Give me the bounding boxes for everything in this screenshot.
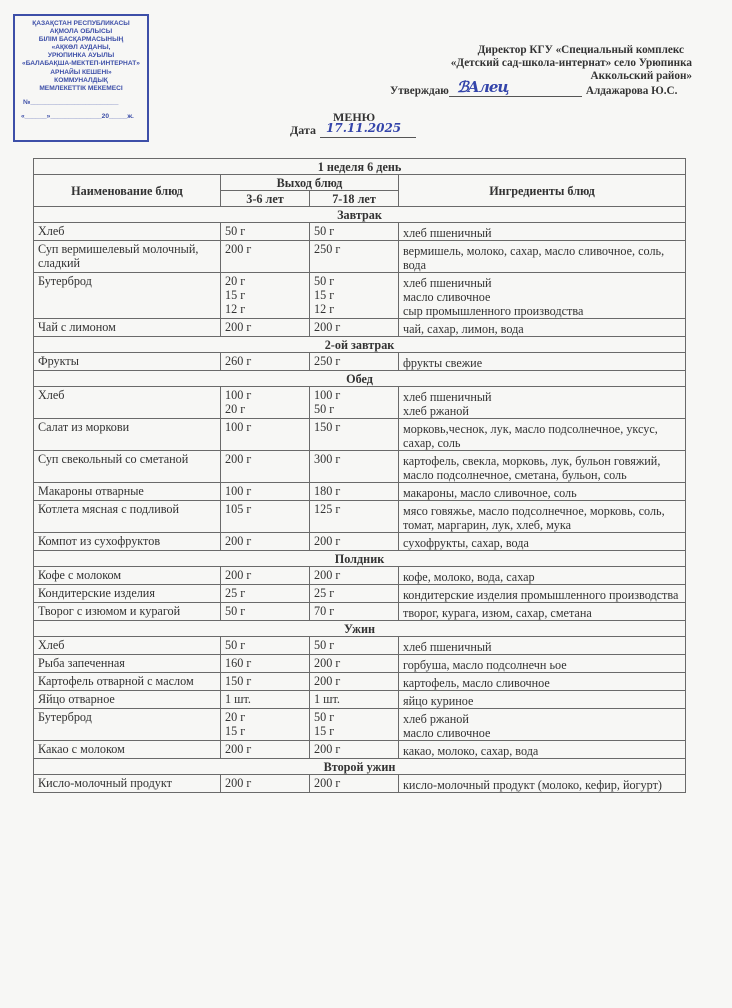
table-row: Картофель отварной с маслом150 г200 гкар… (34, 673, 686, 691)
yield-7-18-line: 25 г (314, 586, 394, 600)
ingredients-line: хлеб пшеничный (403, 226, 681, 240)
period-header: 1 неделя 6 день (34, 159, 686, 175)
yield-3-6: 25 г (221, 585, 310, 603)
yield-3-6: 50 г (221, 603, 310, 621)
stamp-line: АҚМОЛА ОБЛЫСЫ (15, 28, 147, 36)
yield-3-6-line: 150 г (225, 674, 305, 688)
dish-name: Хлеб (34, 637, 221, 655)
yield-3-6-line: 160 г (225, 656, 305, 670)
ingredients-line: картофель, масло сливочное (403, 676, 681, 690)
ingredients: мясо говяжье, масло подсолнечное, морков… (399, 501, 686, 533)
yield-3-6: 260 г (221, 353, 310, 371)
table-row: Макароны отварные100 г180 гмакароны, мас… (34, 483, 686, 501)
yield-3-6-line: 50 г (225, 638, 305, 652)
yield-3-6: 20 г15 г (221, 709, 310, 741)
ingredients: какао, молоко, сахар, вода (399, 741, 686, 759)
yield-3-6: 20 г15 г12 г (221, 273, 310, 319)
ingredients-line: яйцо куриное (403, 694, 681, 708)
yield-7-18-line: 50 г (314, 710, 394, 724)
yield-7-18-line: 50 г (314, 402, 394, 416)
yield-7-18-line: 50 г (314, 638, 394, 652)
yield-7-18-line: 200 г (314, 742, 394, 756)
ingredients-line: кондитерские изделия промышленного произ… (403, 588, 681, 602)
ingredients-line: картофель, свекла, морковь, лук, бульон … (403, 454, 681, 482)
column-header-yield: Выход блюд (221, 175, 399, 191)
date-row: Дата17.11.2025 (290, 123, 416, 138)
yield-7-18: 200 г (310, 741, 399, 759)
table-row: Хлеб50 г50 гхлеб пшеничный (34, 637, 686, 655)
yield-3-6-line: 100 г (225, 420, 305, 434)
dish-name: Хлеб (34, 223, 221, 241)
ingredients: горбуша, масло подсолнечн ьое (399, 655, 686, 673)
yield-3-6-line: 1 шт. (225, 692, 305, 706)
yield-3-6: 150 г (221, 673, 310, 691)
stamp-line: «АҚКӨЛ АУДАНЫ, (15, 44, 147, 52)
official-stamp: ҚАЗАҚСТАН РЕСПУБЛИКАСЫАҚМОЛА ОБЛЫСЫБІЛІМ… (13, 14, 149, 142)
ingredients: хлеб пшеничныймасло сливочноесыр промышл… (399, 273, 686, 319)
table-row: Чай с лимоном200 г200 гчай, сахар, лимон… (34, 319, 686, 337)
yield-3-6: 200 г (221, 775, 310, 793)
dish-name: Суп свекольный со сметаной (34, 451, 221, 483)
ingredients-line: хлеб ржаной (403, 404, 681, 418)
yield-7-18: 100 г50 г (310, 387, 399, 419)
dish-name: Котлета мясная с подливой (34, 501, 221, 533)
table-row: Яйцо отварное1 шт.1 шт.яйцо куриное (34, 691, 686, 709)
yield-7-18: 150 г (310, 419, 399, 451)
yield-7-18-line: 200 г (314, 534, 394, 548)
dish-name: Компот из сухофруктов (34, 533, 221, 551)
yield-3-6-line: 200 г (225, 452, 305, 466)
stamp-line: УРЮПИНКА АУЫЛЫ (15, 52, 147, 60)
yield-7-18: 50 г (310, 223, 399, 241)
yield-7-18-line: 250 г (314, 354, 394, 368)
yield-7-18-line: 15 г (314, 288, 394, 302)
ingredients-line: чай, сахар, лимон, вода (403, 322, 681, 336)
yield-7-18: 200 г (310, 775, 399, 793)
dish-name: Бутерброд (34, 709, 221, 741)
dish-name: Кисло-молочный продукт (34, 775, 221, 793)
section-row: Ужин (34, 621, 686, 637)
section-row: Обед (34, 371, 686, 387)
ingredients-line: какао, молоко, сахар, вода (403, 744, 681, 758)
yield-3-6: 200 г (221, 241, 310, 273)
dish-name: Кондитерские изделия (34, 585, 221, 603)
yield-7-18-line: 200 г (314, 656, 394, 670)
yield-3-6-line: 105 г (225, 502, 305, 516)
yield-7-18: 70 г (310, 603, 399, 621)
yield-3-6: 105 г (221, 501, 310, 533)
dish-name: Чай с лимоном (34, 319, 221, 337)
table-row: Бутерброд20 г15 г50 г15 гхлеб ржаноймасл… (34, 709, 686, 741)
ingredients: морковь,чеснок, лук, масло подсолнечное,… (399, 419, 686, 451)
ingredients: кофе, молоко, вода, сахар (399, 567, 686, 585)
dish-name: Яйцо отварное (34, 691, 221, 709)
yield-3-6: 100 г (221, 483, 310, 501)
yield-3-6-line: 20 г (225, 710, 305, 724)
yield-7-18-line: 50 г (314, 274, 394, 288)
table-row: Рыба запеченная160 г200 ггорбуша, масло … (34, 655, 686, 673)
yield-7-18: 50 г15 г (310, 709, 399, 741)
ingredients: сухофрукты, сахар, вода (399, 533, 686, 551)
ingredients-line: макароны, масло сливочное, соль (403, 486, 681, 500)
date-value: 17.11.2025 (326, 121, 401, 135)
meal-section-title: Обед (34, 371, 686, 387)
table-row: Кофе с молоком200 г200 гкофе, молоко, во… (34, 567, 686, 585)
approval-line-1: Директор КГУ «Специальный комплекс (451, 44, 684, 57)
dish-name: Хлеб (34, 387, 221, 419)
ingredients: картофель, масло сливочное (399, 673, 686, 691)
stamp-number-line: №________________________ (15, 99, 147, 107)
yield-3-6-line: 20 г (225, 402, 305, 416)
yield-3-6-line: 15 г (225, 724, 305, 738)
yield-3-6: 160 г (221, 655, 310, 673)
table-row: Котлета мясная с подливой105 г125 гмясо … (34, 501, 686, 533)
yield-7-18: 300 г (310, 451, 399, 483)
section-row: Второй ужин (34, 759, 686, 775)
yield-7-18-line: 15 г (314, 724, 394, 738)
table-row: Салат из моркови100 г150 гморковь,чеснок… (34, 419, 686, 451)
ingredients: яйцо куриное (399, 691, 686, 709)
table-row: Творог с изюмом и курагой50 г70 гтворог,… (34, 603, 686, 621)
signature-line: ℬАлец (449, 84, 582, 97)
dish-name: Картофель отварной с маслом (34, 673, 221, 691)
ingredients-line: морковь,чеснок, лук, масло подсолнечное,… (403, 422, 681, 450)
yield-7-18-line: 50 г (314, 224, 394, 238)
date-line: 17.11.2025 (320, 123, 416, 138)
ingredients-line: хлеб пшеничный (403, 640, 681, 654)
meal-section-title: Второй ужин (34, 759, 686, 775)
yield-7-18-line: 300 г (314, 452, 394, 466)
yield-3-6-line: 15 г (225, 288, 305, 302)
column-header-age-7-18: 7-18 лет (310, 191, 399, 207)
yield-7-18-line: 180 г (314, 484, 394, 498)
ingredients: кисло-молочный продукт (молоко, кефир, й… (399, 775, 686, 793)
yield-7-18-line: 12 г (314, 302, 394, 316)
table-row: Какао с молоком200 г200 гкакао, молоко, … (34, 741, 686, 759)
dish-name: Салат из моркови (34, 419, 221, 451)
yield-7-18: 200 г (310, 673, 399, 691)
menu-table: 1 неделя 6 день Наименование блюд Выход … (33, 158, 686, 793)
yield-3-6: 50 г (221, 223, 310, 241)
ingredients-line: кофе, молоко, вода, сахар (403, 570, 681, 584)
yield-3-6-line: 25 г (225, 586, 305, 600)
yield-3-6-line: 200 г (225, 568, 305, 582)
yield-7-18: 200 г (310, 533, 399, 551)
ingredients-line: хлеб ржаной (403, 712, 681, 726)
stamp-line: ҚАЗАҚСТАН РЕСПУБЛИКАСЫ (15, 20, 147, 28)
column-header-ingredients: Ингредиенты блюд (399, 175, 686, 207)
yield-3-6: 1 шт. (221, 691, 310, 709)
section-row: Полдник (34, 551, 686, 567)
yield-3-6: 200 г (221, 567, 310, 585)
table-row: Бутерброд20 г15 г12 г50 г15 г12 гхлеб пш… (34, 273, 686, 319)
ingredients-line: фрукты свежие (403, 356, 681, 370)
yield-3-6: 100 г (221, 419, 310, 451)
stamp-date-line: «______»______________20_____ж. (15, 113, 147, 121)
ingredients-line: хлеб пшеничный (403, 276, 681, 290)
table-row: Суп вермишелевый молочный, сладкий200 г2… (34, 241, 686, 273)
director-name: Алдажарова Ю.С. (586, 85, 678, 97)
yield-7-18-line: 200 г (314, 674, 394, 688)
yield-3-6: 50 г (221, 637, 310, 655)
yield-7-18-line: 100 г (314, 388, 394, 402)
yield-7-18: 250 г (310, 353, 399, 371)
approval-signature-row: УтверждаюℬАлецАлдажарова Ю.С. (390, 84, 677, 97)
dish-name: Какао с молоком (34, 741, 221, 759)
stamp-line: БІЛІМ БАСҚАРМАСЫНЫҢ (15, 36, 147, 44)
yield-3-6: 200 г (221, 741, 310, 759)
yield-7-18-line: 200 г (314, 776, 394, 790)
yield-7-18: 250 г (310, 241, 399, 273)
meal-section-title: 2-ой завтрак (34, 337, 686, 353)
dish-name: Бутерброд (34, 273, 221, 319)
yield-3-6-line: 200 г (225, 242, 305, 256)
dish-name: Кофе с молоком (34, 567, 221, 585)
ingredients-line: масло сливочное (403, 726, 681, 740)
ingredients-line: горбуша, масло подсолнечн ьое (403, 658, 681, 672)
table-row: Кисло-молочный продукт200 г200 гкисло-мо… (34, 775, 686, 793)
yield-7-18: 50 г15 г12 г (310, 273, 399, 319)
yield-3-6: 200 г (221, 451, 310, 483)
yield-3-6-line: 200 г (225, 534, 305, 548)
dish-name: Суп вермишелевый молочный, сладкий (34, 241, 221, 273)
ingredients: хлеб пшеничныйхлеб ржаной (399, 387, 686, 419)
table-row: Суп свекольный со сметаной200 г300 гкарт… (34, 451, 686, 483)
column-header-age-3-6: 3-6 лет (221, 191, 310, 207)
stamp-line: МЕМЛЕКЕТТІК МЕКЕМЕСІ (15, 85, 147, 93)
yield-3-6-line: 50 г (225, 604, 305, 618)
yield-7-18: 200 г (310, 567, 399, 585)
section-row: Завтрак (34, 207, 686, 223)
ingredients: картофель, свекла, морковь, лук, бульон … (399, 451, 686, 483)
yield-3-6: 200 г (221, 533, 310, 551)
dish-name: Макароны отварные (34, 483, 221, 501)
ingredients: хлеб пшеничный (399, 637, 686, 655)
meal-section-title: Полдник (34, 551, 686, 567)
yield-7-18-line: 200 г (314, 568, 394, 582)
dish-name: Рыба запеченная (34, 655, 221, 673)
yield-7-18: 25 г (310, 585, 399, 603)
table-row: Фрукты260 г250 гфрукты свежие (34, 353, 686, 371)
meal-section-title: Ужин (34, 621, 686, 637)
yield-7-18: 200 г (310, 655, 399, 673)
yield-7-18: 1 шт. (310, 691, 399, 709)
ingredients-line: мясо говяжье, масло подсолнечное, морков… (403, 504, 681, 532)
yield-3-6-line: 200 г (225, 320, 305, 334)
ingredients-line: хлеб пшеничный (403, 390, 681, 404)
yield-3-6: 100 г20 г (221, 387, 310, 419)
ingredients: хлеб пшеничный (399, 223, 686, 241)
yield-3-6-line: 20 г (225, 274, 305, 288)
ingredients: фрукты свежие (399, 353, 686, 371)
ingredients: чай, сахар, лимон, вода (399, 319, 686, 337)
yield-7-18-line: 70 г (314, 604, 394, 618)
yield-3-6-line: 50 г (225, 224, 305, 238)
section-row: 2-ой завтрак (34, 337, 686, 353)
yield-7-18: 180 г (310, 483, 399, 501)
ingredients: хлеб ржаноймасло сливочное (399, 709, 686, 741)
yield-7-18: 125 г (310, 501, 399, 533)
yield-3-6-line: 12 г (225, 302, 305, 316)
yield-7-18-line: 200 г (314, 320, 394, 334)
ingredients-line: вермишель, молоко, сахар, масло сливочно… (403, 244, 681, 272)
table-row: Компот из сухофруктов200 г200 гсухофрукт… (34, 533, 686, 551)
ingredients: макароны, масло сливочное, соль (399, 483, 686, 501)
yield-7-18-line: 125 г (314, 502, 394, 516)
ingredients-line: творог, курага, изюм, сахар, сметана (403, 606, 681, 620)
yield-7-18-line: 150 г (314, 420, 394, 434)
yield-3-6-line: 200 г (225, 742, 305, 756)
ingredients: вермишель, молоко, сахар, масло сливочно… (399, 241, 686, 273)
table-row: Хлеб50 г50 гхлеб пшеничный (34, 223, 686, 241)
stamp-text: ҚАЗАҚСТАН РЕСПУБЛИКАСЫАҚМОЛА ОБЛЫСЫБІЛІМ… (15, 20, 147, 93)
dish-name: Творог с изюмом и курагой (34, 603, 221, 621)
meal-section-title: Завтрак (34, 207, 686, 223)
stamp-line: «БАЛАБАҚША-МЕКТЕП-ИНТЕРНАТ» (15, 60, 147, 68)
yield-7-18-line: 1 шт. (314, 692, 394, 706)
stamp-line: КОММУНАЛДЫҚ (15, 77, 147, 85)
column-header-name: Наименование блюд (34, 175, 221, 207)
approval-line-2: «Детский сад-школа-интернат» село Урюпин… (451, 57, 692, 70)
ingredients: творог, курага, изюм, сахар, сметана (399, 603, 686, 621)
stamp-line: АРНАЙЫ КЕШЕНІ» (15, 69, 147, 77)
yield-3-6-line: 260 г (225, 354, 305, 368)
yield-7-18: 50 г (310, 637, 399, 655)
ingredients: кондитерские изделия промышленного произ… (399, 585, 686, 603)
yield-3-6-line: 200 г (225, 776, 305, 790)
table-row: Хлеб100 г20 г100 г50 гхлеб пшеничныйхлеб… (34, 387, 686, 419)
ingredients-line: сухофрукты, сахар, вода (403, 536, 681, 550)
date-label: Дата (290, 123, 316, 137)
yield-7-18-line: 250 г (314, 242, 394, 256)
ingredients-line: кисло-молочный продукт (молоко, кефир, й… (403, 778, 681, 792)
yield-3-6-line: 100 г (225, 388, 305, 402)
ingredients-line: сыр промышленного производства (403, 304, 681, 318)
yield-7-18: 200 г (310, 319, 399, 337)
dish-name: Фрукты (34, 353, 221, 371)
approve-label: Утверждаю (390, 85, 449, 97)
yield-3-6: 200 г (221, 319, 310, 337)
yield-3-6-line: 100 г (225, 484, 305, 498)
ingredients-line: масло сливочное (403, 290, 681, 304)
signature: ℬАлец (457, 78, 509, 96)
table-row: Кондитерские изделия25 г25 гкондитерские… (34, 585, 686, 603)
